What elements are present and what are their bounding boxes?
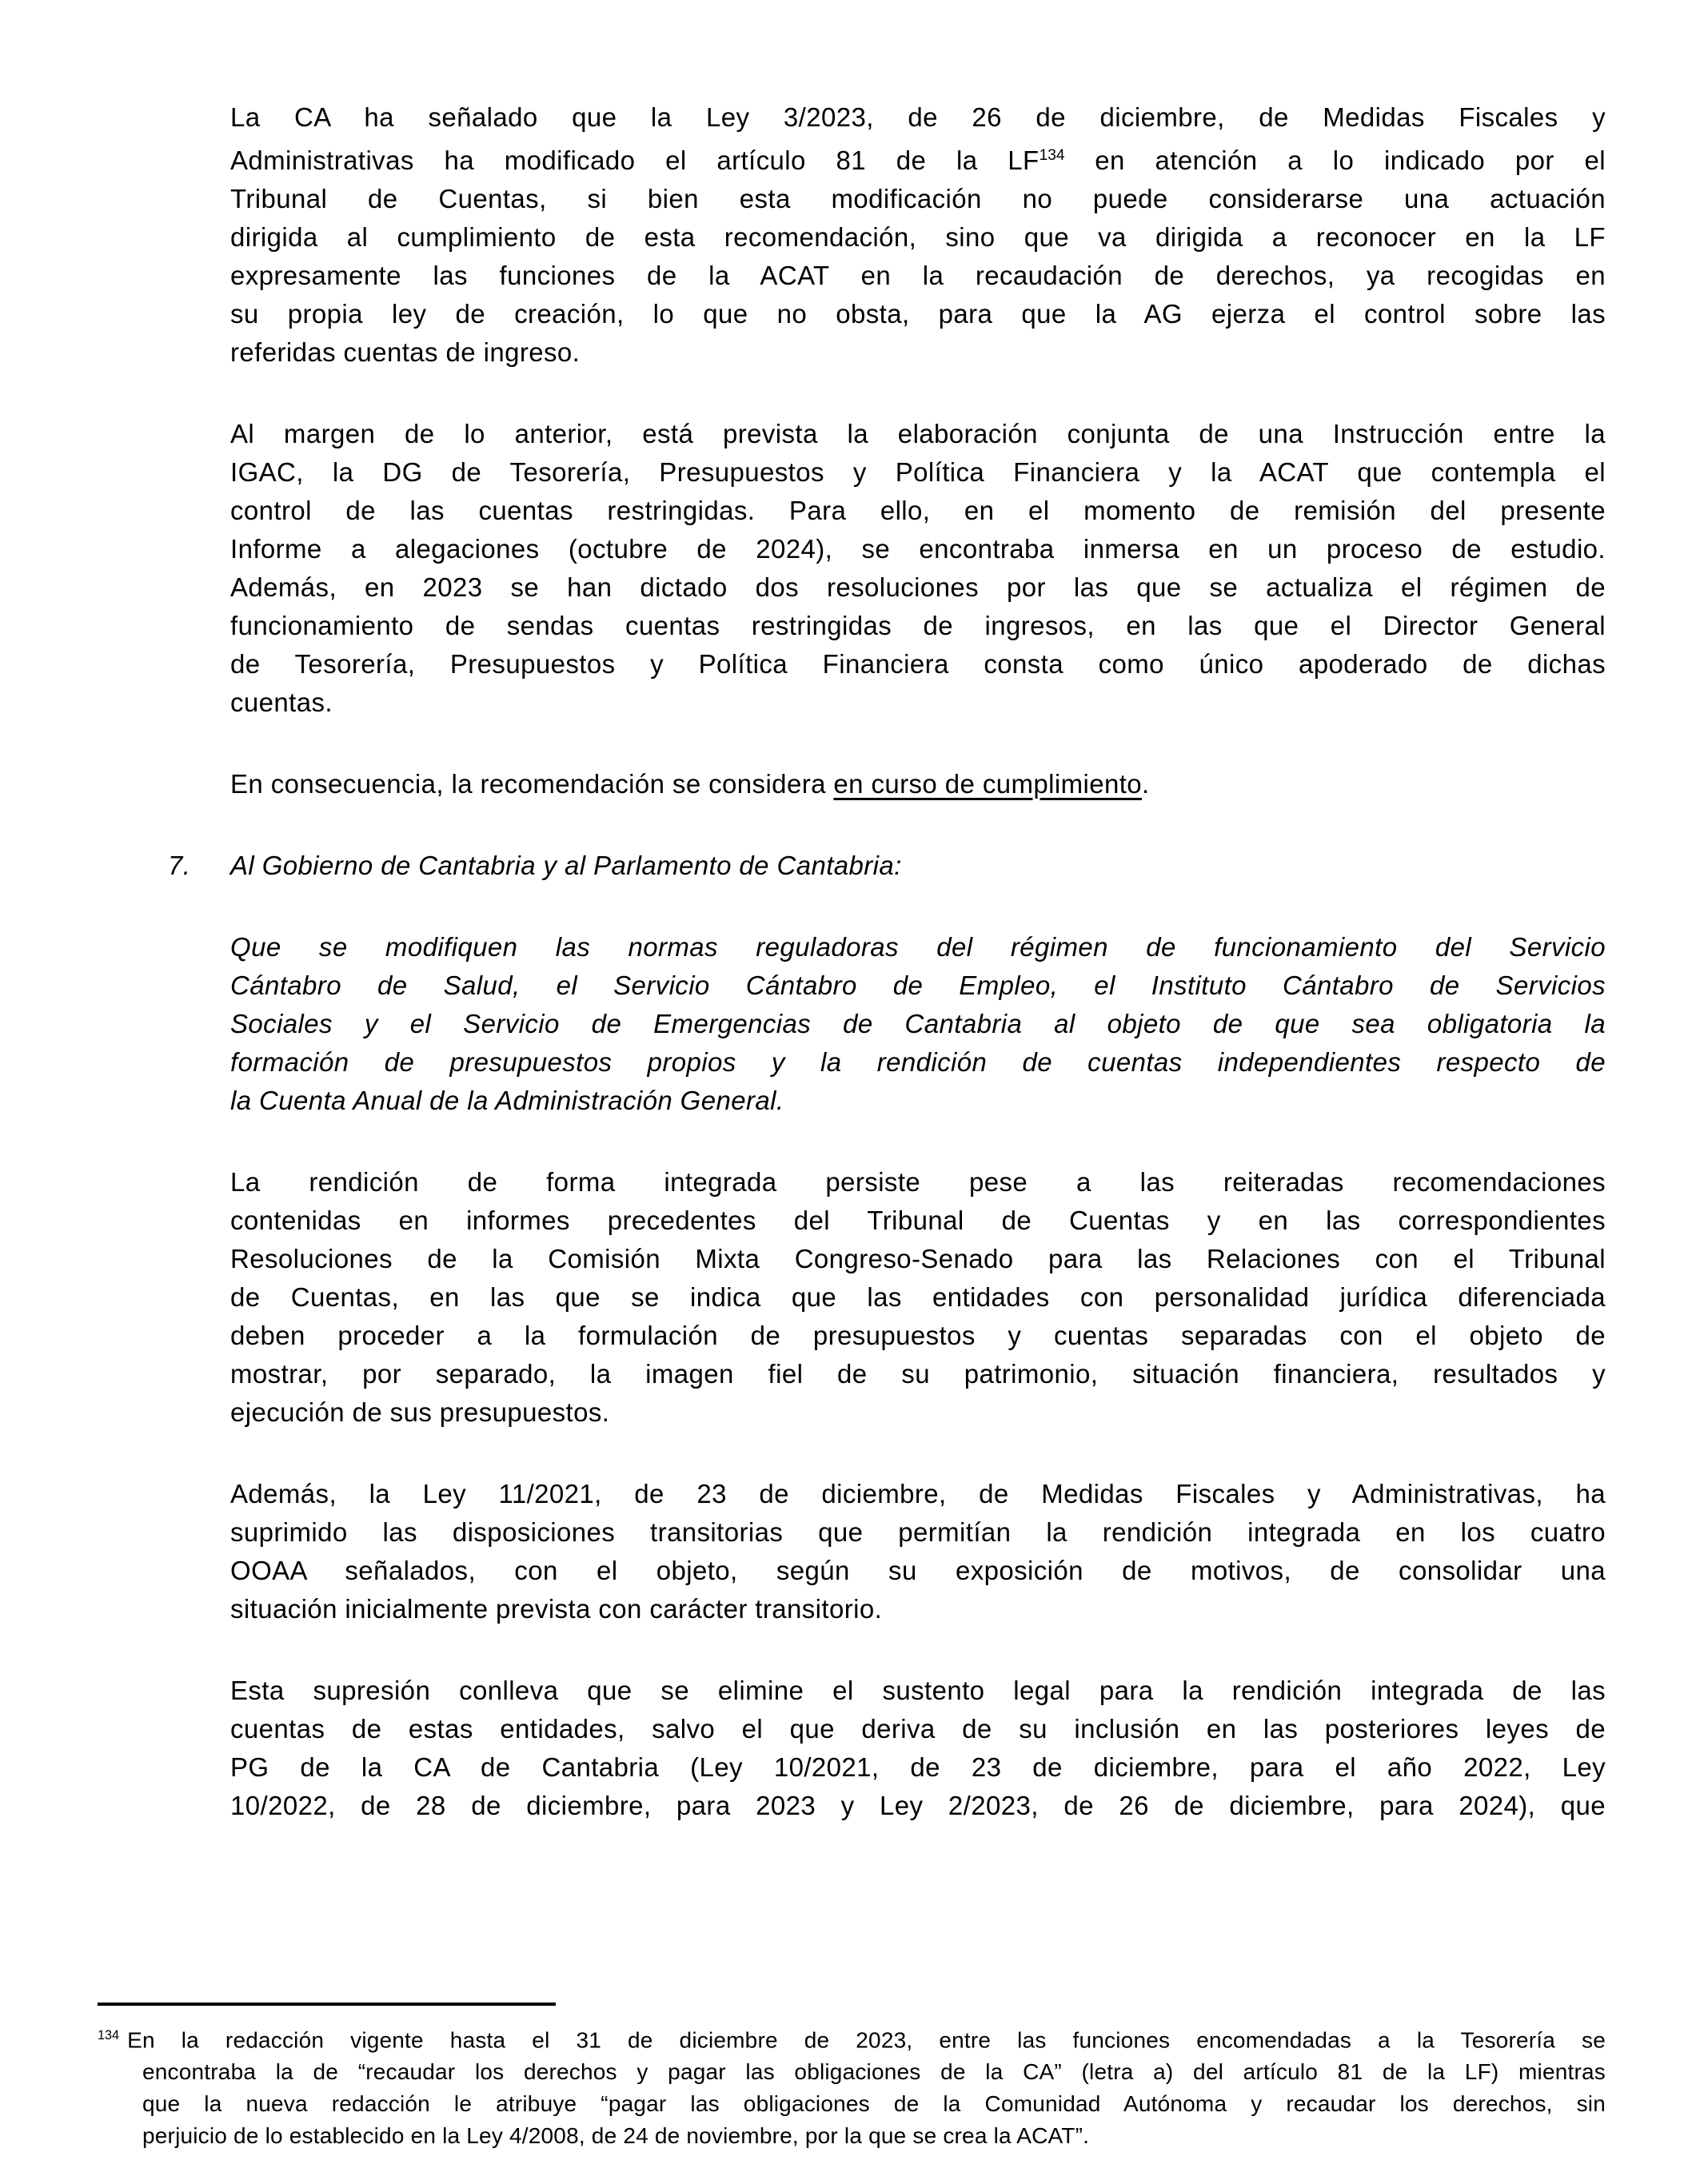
- text-run: Administrativas ha modificado el artícul…: [230, 145, 1040, 175]
- text-run: 10/2022, de 28 de diciembre, para 2023 y…: [230, 1791, 1606, 1820]
- text-run: expresamente las funciones de la ACAT en…: [230, 261, 1606, 290]
- text-line: de Cuentas, en las que se indica que las…: [230, 1278, 1606, 1317]
- text-line: mostrar, por separado, la imagen fiel de…: [230, 1355, 1606, 1393]
- text-line: Cántabro de Salud, el Servicio Cántabro …: [230, 966, 1606, 1005]
- text-run: funcionamiento de sendas cuentas restrin…: [230, 611, 1606, 640]
- text-run: encontraba la de “recaudar los derechos …: [142, 2059, 1606, 2084]
- text-line: Además, en 2023 se han dictado dos resol…: [230, 568, 1606, 607]
- text-run: control de las cuentas restringidas. Par…: [230, 496, 1606, 525]
- text-line: la Cuenta Anual de la Administración Gen…: [230, 1082, 1606, 1120]
- text-line: Al margen de lo anterior, está prevista …: [230, 415, 1606, 453]
- text-line: suprimido las disposiciones transitorias…: [230, 1513, 1606, 1552]
- text-line: control de las cuentas restringidas. Par…: [230, 492, 1606, 530]
- text-run: suprimido las disposiciones transitorias…: [230, 1517, 1606, 1547]
- text-line: formación de presupuestos propios y la r…: [230, 1043, 1606, 1082]
- text-run: referidas cuentas de ingreso.: [230, 337, 580, 367]
- text-line: En consecuencia, la recomendación se con…: [230, 765, 1606, 803]
- text-line: 10/2022, de 28 de diciembre, para 2023 y…: [230, 1787, 1606, 1825]
- list-item-heading: 7.Al Gobierno de Cantabria y al Parlamen…: [230, 847, 1606, 885]
- footnote-text-line: perjuicio de lo establecido en la Ley 4/…: [98, 2120, 1606, 2152]
- text-line: Administrativas ha modificado el artícul…: [230, 137, 1606, 180]
- text-run: su propia ley de creación, lo que no obs…: [230, 299, 1606, 329]
- footnote: 134En la redacción vigente hasta el 31 d…: [98, 2019, 1606, 2152]
- paragraph: La rendición de forma integrada persiste…: [230, 1163, 1606, 1432]
- text-line: funcionamiento de sendas cuentas restrin…: [230, 607, 1606, 645]
- text-line: Sociales y el Servicio de Emergencias de…: [230, 1005, 1606, 1043]
- text-run: cuentas.: [230, 687, 333, 717]
- text-run: Además, la Ley 11/2021, de 23 de diciemb…: [230, 1479, 1606, 1508]
- text-run: Que se modifiquen las normas reguladoras…: [230, 932, 1606, 962]
- text-run: situación inicialmente prevista con cará…: [230, 1594, 882, 1624]
- text-line: contenidas en informes precedentes del T…: [230, 1202, 1606, 1240]
- footnote-reference: 134: [1040, 147, 1065, 164]
- text-line: ejecución de sus presupuestos.: [230, 1393, 1606, 1432]
- paragraph: Además, la Ley 11/2021, de 23 de diciemb…: [230, 1475, 1606, 1628]
- text-run: Tribunal de Cuentas, si bien esta modifi…: [230, 184, 1606, 213]
- text-line: expresamente las funciones de la ACAT en…: [230, 257, 1606, 295]
- footnote-separator-line: [98, 2003, 556, 2006]
- document-body: La CA ha señalado que la Ley 3/2023, de …: [230, 98, 1606, 1868]
- text-run: Sociales y el Servicio de Emergencias de…: [230, 1009, 1606, 1038]
- text-line: Además, la Ley 11/2021, de 23 de diciemb…: [230, 1475, 1606, 1513]
- text-run: Esta supresión conlleva que se elimine e…: [230, 1676, 1606, 1705]
- underlined-text: en curso de cumplimiento: [833, 769, 1142, 799]
- text-run: OOAA señalados, con el objeto, según su …: [230, 1556, 1606, 1585]
- text-line: de Tesorería, Presupuestos y Política Fi…: [230, 645, 1606, 683]
- text-run: dirigida al cumplimiento de esta recomen…: [230, 222, 1606, 252]
- text-run: Al margen de lo anterior, está prevista …: [230, 419, 1606, 448]
- text-run: Resoluciones de la Comisión Mixta Congre…: [230, 1244, 1606, 1273]
- footnote-text-line: encontraba la de “recaudar los derechos …: [98, 2056, 1606, 2088]
- list-item-number: 7.: [168, 847, 190, 885]
- text-line: dirigida al cumplimiento de esta recomen…: [230, 218, 1606, 257]
- text-line: Que se modifiquen las normas reguladoras…: [230, 928, 1606, 966]
- text-run: Informe a alegaciones (octubre de 2024),…: [230, 534, 1606, 564]
- text-run: En la redacción vigente hasta el 31 de d…: [127, 2027, 1606, 2052]
- text-line: IGAC, la DG de Tesorería, Presupuestos y…: [230, 453, 1606, 492]
- text-run: contenidas en informes precedentes del T…: [230, 1206, 1606, 1235]
- text-line: cuentas.: [230, 683, 1606, 722]
- footnote-text-line: 134En la redacción vigente hasta el 31 d…: [98, 2019, 1606, 2056]
- text-run: deben proceder a la formulación de presu…: [230, 1321, 1606, 1350]
- text-run: Al Gobierno de Cantabria y al Parlamento…: [230, 851, 902, 880]
- paragraph: En consecuencia, la recomendación se con…: [230, 765, 1606, 803]
- text-line: Tribunal de Cuentas, si bien esta modifi…: [230, 180, 1606, 218]
- paragraph: Al margen de lo anterior, está prevista …: [230, 415, 1606, 722]
- footnote-reference: 134: [98, 2028, 119, 2043]
- text-run: La CA ha señalado que la Ley 3/2023, de …: [230, 102, 1606, 132]
- text-run: en atención a lo indicado por el: [1065, 145, 1606, 175]
- text-run: ejecución de sus presupuestos.: [230, 1397, 609, 1427]
- footnote-text-line: que la nueva redacción le atribuye “paga…: [98, 2088, 1606, 2120]
- document-page: La CA ha señalado que la Ley 3/2023, de …: [0, 0, 1700, 2184]
- text-line: La rendición de forma integrada persiste…: [230, 1163, 1606, 1202]
- text-run: perjuicio de lo establecido en la Ley 4/…: [142, 2123, 1089, 2148]
- text-run: de Tesorería, Presupuestos y Política Fi…: [230, 649, 1606, 679]
- text-run: formación de presupuestos propios y la r…: [230, 1047, 1606, 1077]
- text-run: .: [1142, 769, 1150, 799]
- text-run: Además, en 2023 se han dictado dos resol…: [230, 572, 1606, 602]
- text-line: referidas cuentas de ingreso.: [230, 333, 1606, 372]
- text-run: que la nueva redacción le atribuye “paga…: [142, 2091, 1606, 2116]
- text-line: La CA ha señalado que la Ley 3/2023, de …: [230, 98, 1606, 137]
- text-run: mostrar, por separado, la imagen fiel de…: [230, 1359, 1606, 1389]
- text-run: la Cuenta Anual de la Administración Gen…: [230, 1086, 784, 1115]
- text-run: IGAC, la DG de Tesorería, Presupuestos y…: [230, 457, 1606, 487]
- text-run: La rendición de forma integrada persiste…: [230, 1167, 1606, 1197]
- text-run: En consecuencia, la recomendación se con…: [230, 769, 833, 799]
- text-run: cuentas de estas entidades, salvo el que…: [230, 1714, 1606, 1744]
- text-line: Esta supresión conlleva que se elimine e…: [230, 1672, 1606, 1710]
- text-line: cuentas de estas entidades, salvo el que…: [230, 1710, 1606, 1748]
- paragraph: La CA ha señalado que la Ley 3/2023, de …: [230, 98, 1606, 372]
- text-line: Resoluciones de la Comisión Mixta Congre…: [230, 1240, 1606, 1278]
- text-line: Al Gobierno de Cantabria y al Parlamento…: [230, 847, 1606, 885]
- text-line: PG de la CA de Cantabria (Ley 10/2021, d…: [230, 1748, 1606, 1787]
- text-run: PG de la CA de Cantabria (Ley 10/2021, d…: [230, 1752, 1606, 1782]
- text-line: su propia ley de creación, lo que no obs…: [230, 295, 1606, 333]
- text-line: Informe a alegaciones (octubre de 2024),…: [230, 530, 1606, 568]
- text-run: Cántabro de Salud, el Servicio Cántabro …: [230, 970, 1606, 1000]
- text-run: de Cuentas, en las que se indica que las…: [230, 1282, 1606, 1312]
- paragraph: Esta supresión conlleva que se elimine e…: [230, 1672, 1606, 1825]
- paragraph: Que se modifiquen las normas reguladoras…: [230, 928, 1606, 1120]
- text-line: deben proceder a la formulación de presu…: [230, 1317, 1606, 1355]
- text-line: OOAA señalados, con el objeto, según su …: [230, 1552, 1606, 1590]
- text-line: situación inicialmente prevista con cará…: [230, 1590, 1606, 1628]
